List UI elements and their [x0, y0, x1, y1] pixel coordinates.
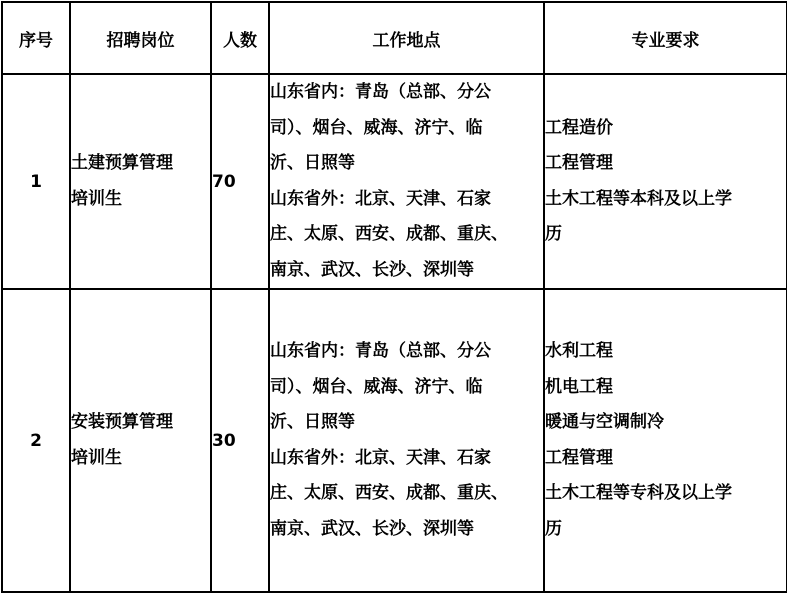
major-line: 土木工程等本科及以上学 — [545, 182, 786, 218]
header-position: 招聘岗位 — [70, 2, 211, 74]
location-line: 南京、武汉、长沙、深圳等 — [270, 253, 543, 289]
position-line: 土建预算管理 — [71, 146, 210, 182]
location-line: 沂、日照等 — [270, 146, 543, 182]
major-line: 机电工程 — [545, 370, 786, 406]
location-line: 山东省内：青岛（总部、分公 — [270, 334, 543, 370]
row-major: 水利工程 机电工程 暖通与空调制冷 工程管理 土木工程等专科及以上学 历 — [544, 289, 787, 592]
location-line: 司）、烟台、威海、济宁、临 — [270, 370, 543, 406]
location-line: 山东省外：北京、天津、石家 — [270, 182, 543, 218]
table-row: 2 安装预算管理 培训生 30 山东省内：青岛（总部、分公 司）、烟台、威海、济… — [2, 289, 787, 592]
recruitment-table: 序号 招聘岗位 人数 工作地点 专业要求 1 土建预算管理 培训生 70 山东省… — [1, 1, 787, 593]
row-position: 土建预算管理 培训生 — [70, 74, 211, 289]
header-major: 专业要求 — [544, 2, 787, 74]
row-location: 山东省内：青岛（总部、分公 司）、烟台、威海、济宁、临 沂、日照等 山东省外：北… — [269, 74, 544, 289]
major-line: 工程造价 — [545, 111, 786, 147]
major-line: 历 — [545, 512, 786, 548]
major-line: 水利工程 — [545, 334, 786, 370]
row-count: 30 — [211, 289, 269, 592]
row-count: 70 — [211, 74, 269, 289]
major-line: 土木工程等专科及以上学 — [545, 476, 786, 512]
location-line: 南京、武汉、长沙、深圳等 — [270, 512, 543, 548]
position-line: 安装预算管理 — [71, 405, 210, 441]
row-index: 1 — [2, 74, 70, 289]
row-position: 安装预算管理 培训生 — [70, 289, 211, 592]
location-line: 司）、烟台、威海、济宁、临 — [270, 111, 543, 147]
position-line: 培训生 — [71, 441, 210, 477]
header-location: 工作地点 — [269, 2, 544, 74]
location-line: 山东省外：北京、天津、石家 — [270, 441, 543, 477]
location-line: 沂、日照等 — [270, 405, 543, 441]
header-row: 序号 招聘岗位 人数 工作地点 专业要求 — [2, 2, 787, 74]
row-location: 山东省内：青岛（总部、分公 司）、烟台、威海、济宁、临 沂、日照等 山东省外：北… — [269, 289, 544, 592]
header-index: 序号 — [2, 2, 70, 74]
row-major: 工程造价 工程管理 土木工程等本科及以上学 历 — [544, 74, 787, 289]
header-count: 人数 — [211, 2, 269, 74]
major-line: 工程管理 — [545, 146, 786, 182]
major-line: 工程管理 — [545, 441, 786, 477]
row-index: 2 — [2, 289, 70, 592]
major-line: 暖通与空调制冷 — [545, 405, 786, 441]
location-line: 山东省内：青岛（总部、分公 — [270, 75, 543, 111]
location-line: 庄、太原、西安、成都、重庆、 — [270, 476, 543, 512]
position-line: 培训生 — [71, 182, 210, 218]
location-line: 庄、太原、西安、成都、重庆、 — [270, 217, 543, 253]
table-row: 1 土建预算管理 培训生 70 山东省内：青岛（总部、分公 司）、烟台、威海、济… — [2, 74, 787, 289]
major-line: 历 — [545, 217, 786, 253]
